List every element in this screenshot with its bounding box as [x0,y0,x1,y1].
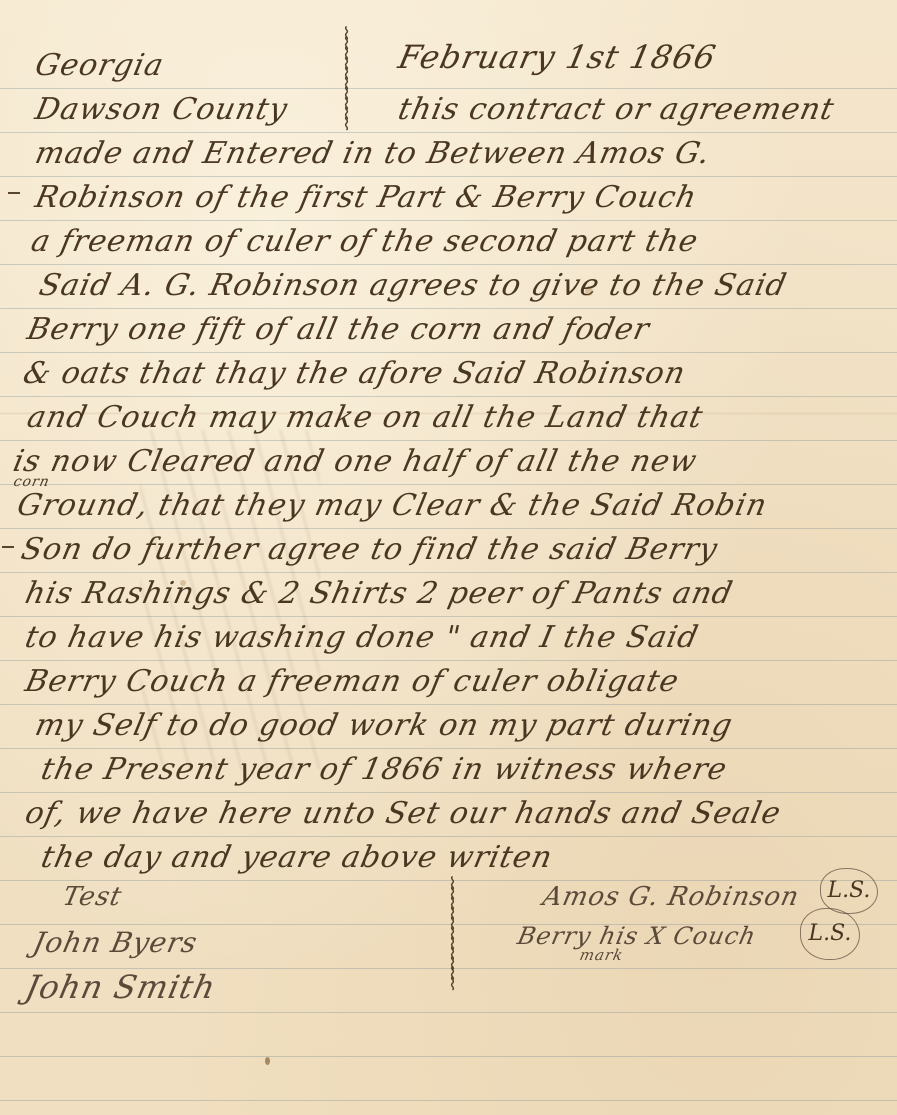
ruled-line [0,352,897,353]
ruled-line [0,308,897,309]
body-line: Son do further agree to find the said Be… [18,532,721,567]
ruled-line [0,396,897,397]
ruled-line [0,748,897,749]
ruled-line [0,836,897,837]
body-line: Said A. G. Robinson agrees to give to th… [36,268,790,303]
signature-berry-couch: Berry his X Couch [515,922,759,950]
witness-name: John Byers [30,926,201,959]
stain [265,1057,270,1065]
ruled-line [0,484,897,485]
ruled-line [0,1056,897,1057]
ruled-line [0,176,897,177]
body-line: & oats that thay the afore Said Robinson [20,356,689,391]
ruled-line [0,704,897,705]
body-line: Ground, that they may Clear & the Said R… [14,488,771,523]
line-dash [8,192,20,194]
state-heading: Georgia [32,48,167,83]
body-line: the Present year of 1866 in witness wher… [38,752,731,787]
county-heading: Dawson County [32,92,291,127]
ruled-line [0,1012,897,1013]
ruled-line [0,440,897,441]
ruled-line [0,1100,897,1101]
body-line: Robinson of the first Part & Berry Couch [32,180,700,215]
body-line: Berry Couch a freeman of culer obligate [22,664,682,699]
witness-label: Test [60,882,125,912]
seal-ls: L.S. [800,908,860,960]
ruled-line [0,88,897,89]
body-line: Berry one fift of all the corn and foder [24,312,653,347]
ruled-line [0,528,897,529]
body-line: his Rashings & 2 Shirts 2 peer of Pants … [22,576,736,611]
body-line: and Couch may make on all the Land that [24,400,706,435]
signature-amos-robinson: Amos G. Robinson [540,882,802,912]
witness-name: John Smith [22,968,220,1006]
body-line: this contract or agreement [395,92,838,127]
ruled-line [0,616,897,617]
ruled-line [0,132,897,133]
body-line: is now Cleared and one half of all the n… [10,444,700,479]
ruled-line [0,264,897,265]
body-line: of, we have here unto Set our hands and … [22,796,784,831]
ruled-line [0,792,897,793]
ruled-line [0,572,897,573]
mark-label: mark [578,946,625,964]
body-line: a freeman of culer of the second part th… [28,224,702,259]
line-dash [2,546,14,548]
body-line: made and Entered in to Between Amos G. [32,136,714,171]
body-line: the day and yeare above writen [38,840,556,875]
date-heading: February 1st 1866 [395,38,720,76]
document-paper: ⌇ ⌇ ⌇ ⌇ ⌇ ⌇ ⌇ ⌇ ⌇ ⌇ Georgia February 1st… [0,0,897,1115]
ruled-line [0,660,897,661]
signature-brace-squiggle: ⌇ ⌇ ⌇ ⌇ ⌇ ⌇ ⌇ ⌇ ⌇ ⌇ ⌇ [448,880,457,990]
ruled-line [0,220,897,221]
body-line: my Self to do good work on my part durin… [32,708,736,743]
brace-squiggle: ⌇ ⌇ ⌇ ⌇ ⌇ ⌇ ⌇ ⌇ ⌇ ⌇ [342,30,351,130]
body-line: to have his washing done " and I the Sai… [22,620,702,655]
